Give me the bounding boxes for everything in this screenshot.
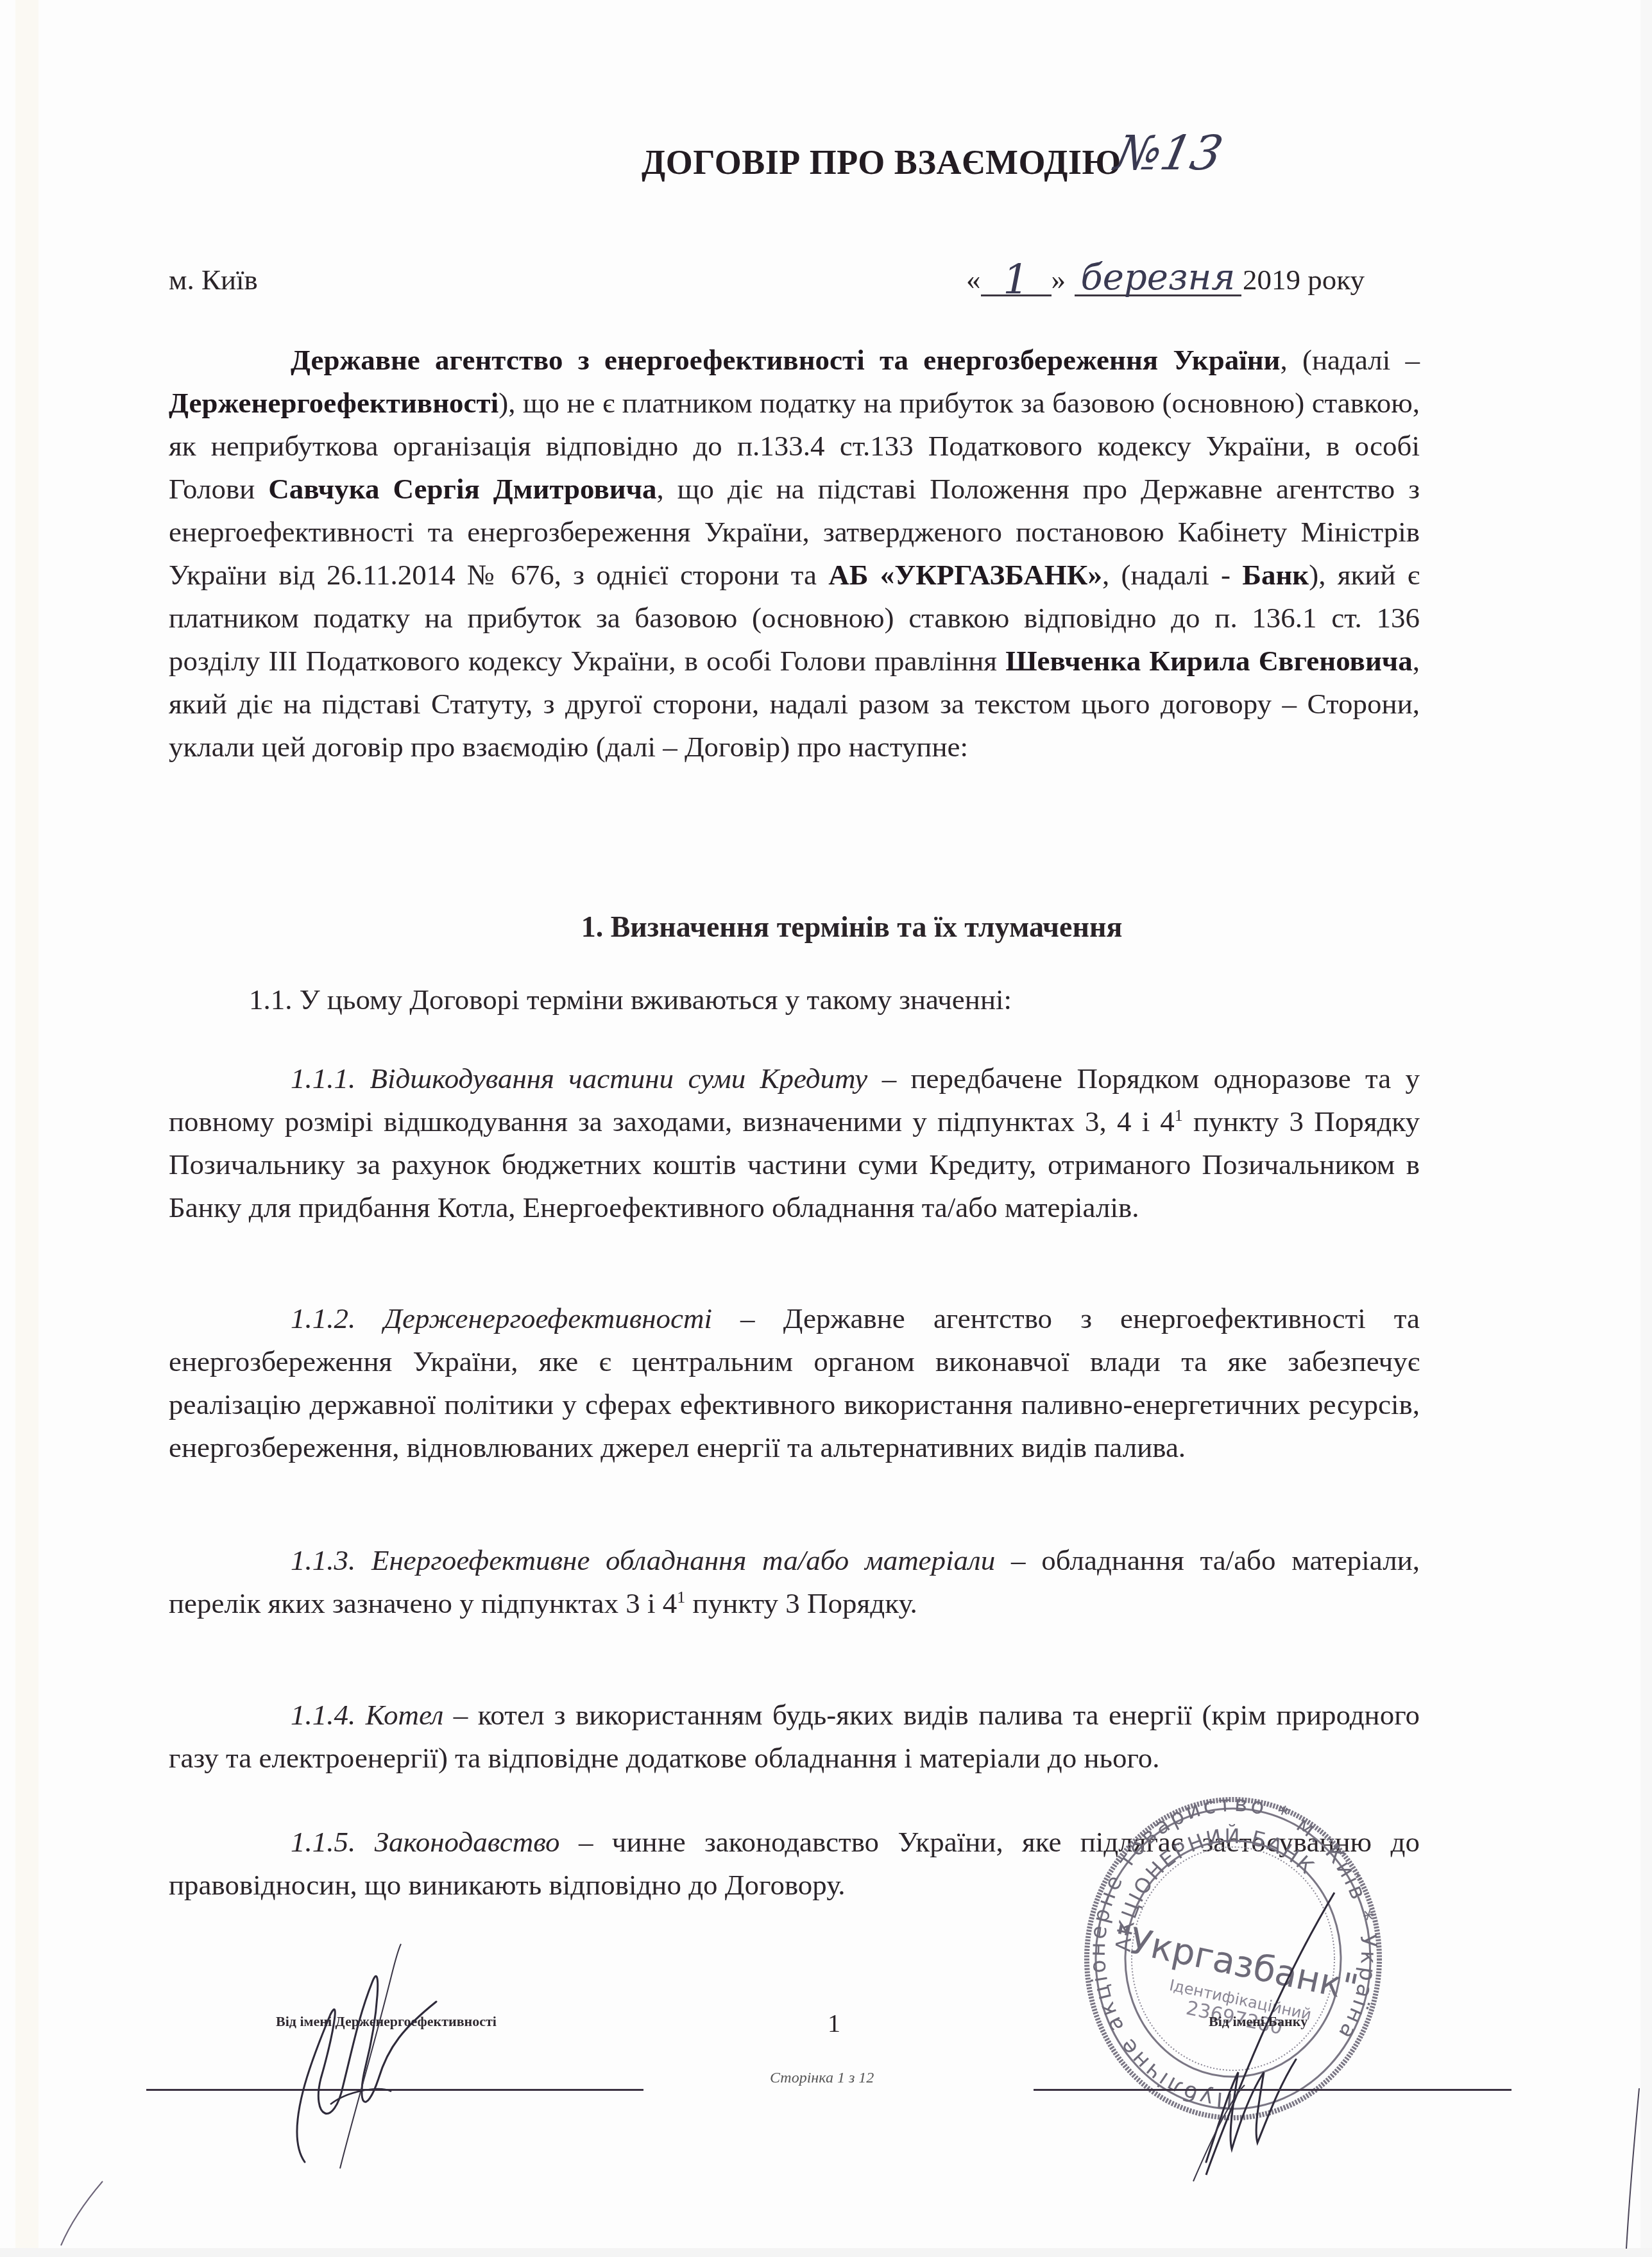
party1-short-name: Держенергоефективності [169,387,498,419]
stray-pen-mark-icon [1623,2085,1642,2252]
definition-text: пункту 3 Порядку. [685,1587,917,1619]
defined-term: Законодавство [375,1826,560,1858]
date-month-blank: березня [1075,266,1241,296]
clause-number: 1.1.4. [291,1699,355,1731]
clause-number: 1.1.5. [291,1826,355,1858]
clause-1-1-4: 1.1.4. Котел – котел з використанням буд… [169,1694,1420,1780]
defined-term: Відшкодування частини суми Кредиту [370,1062,868,1094]
defined-term: Енергоефективне обладнання та/або матері… [371,1544,995,1576]
clause-1-1-1: 1.1.1. Відшкодування частини суми Кредит… [169,1057,1420,1229]
superscript: 1 [677,1588,685,1606]
stray-pen-mark-icon [51,2178,109,2249]
party2-head: Шевченка Кирила Євгеновича [1005,645,1413,677]
clause-number: 1.1.1. [291,1062,355,1094]
scan-edge-right [1640,0,1652,2257]
definition-text: – Державне агентство з енергоефективност… [169,1302,1420,1463]
party1-name: Державне агентство з енергоефективності … [291,344,1281,376]
page-counter: Сторінка 1 з 12 [770,2070,874,2087]
section-heading-text: 1. Визначення термінів та їх тлумачення [581,910,1123,943]
city: м. Київ [169,263,258,296]
handwritten-contract-number: №13 [1111,126,1227,181]
preamble-text: , (надалі – [1281,344,1420,376]
right-signature-icon [1168,1880,1360,2188]
preamble-paragraph: Державне агентство з енергоефективності … [169,339,1420,769]
scan-edge-left [15,0,38,2249]
party1-head: Савчука Сергія Дмитровича [268,473,656,505]
party2-name: АБ «УКРГАЗБАНК» [828,559,1102,591]
handwritten-day: 1 [981,260,1052,301]
defined-term: Держенергоефективності [384,1302,712,1334]
clause-number: 1.1.2. [291,1302,355,1334]
clause-1-1-3: 1.1.3. Енергоефективне обладнання та/або… [169,1539,1420,1625]
date-year: 2019 року [1243,264,1365,296]
page-number: 1 [828,2008,840,2038]
section-heading: 1. Визначення термінів та їх тлумачення [0,910,1652,944]
clause-number: 1.1.3. [291,1544,355,1576]
handwritten-month: березня [1075,260,1241,296]
superscript: 1 [1175,1106,1183,1125]
preamble-text: , (надалі - [1102,559,1242,591]
scan-edge-bottom [0,2248,1652,2257]
document-page: ДОГОВІР ПРО ВЗАЄМОДІЮ №13 м. Київ «1»бер… [0,0,1652,2257]
date-open-quote: « [966,264,981,296]
defined-term: Котел [366,1699,444,1731]
date-close-quote: » [1052,264,1066,296]
clause-1-1-2: 1.1.2. Держенергоефективності – Державне… [169,1297,1420,1469]
document-title: ДОГОВІР ПРО ВЗАЄМОДІЮ [642,142,1121,182]
clause-1-1: 1.1. У цьому Договорі терміни вживаються… [169,978,1420,1021]
definition-text: – котел з використанням будь-яких видів … [169,1699,1420,1774]
left-signature-icon [244,1938,449,2181]
date-day-blank: 1 [981,266,1052,296]
party2-short-name: Банк [1242,559,1309,591]
contract-date: «1»березня2019 року [966,263,1365,296]
